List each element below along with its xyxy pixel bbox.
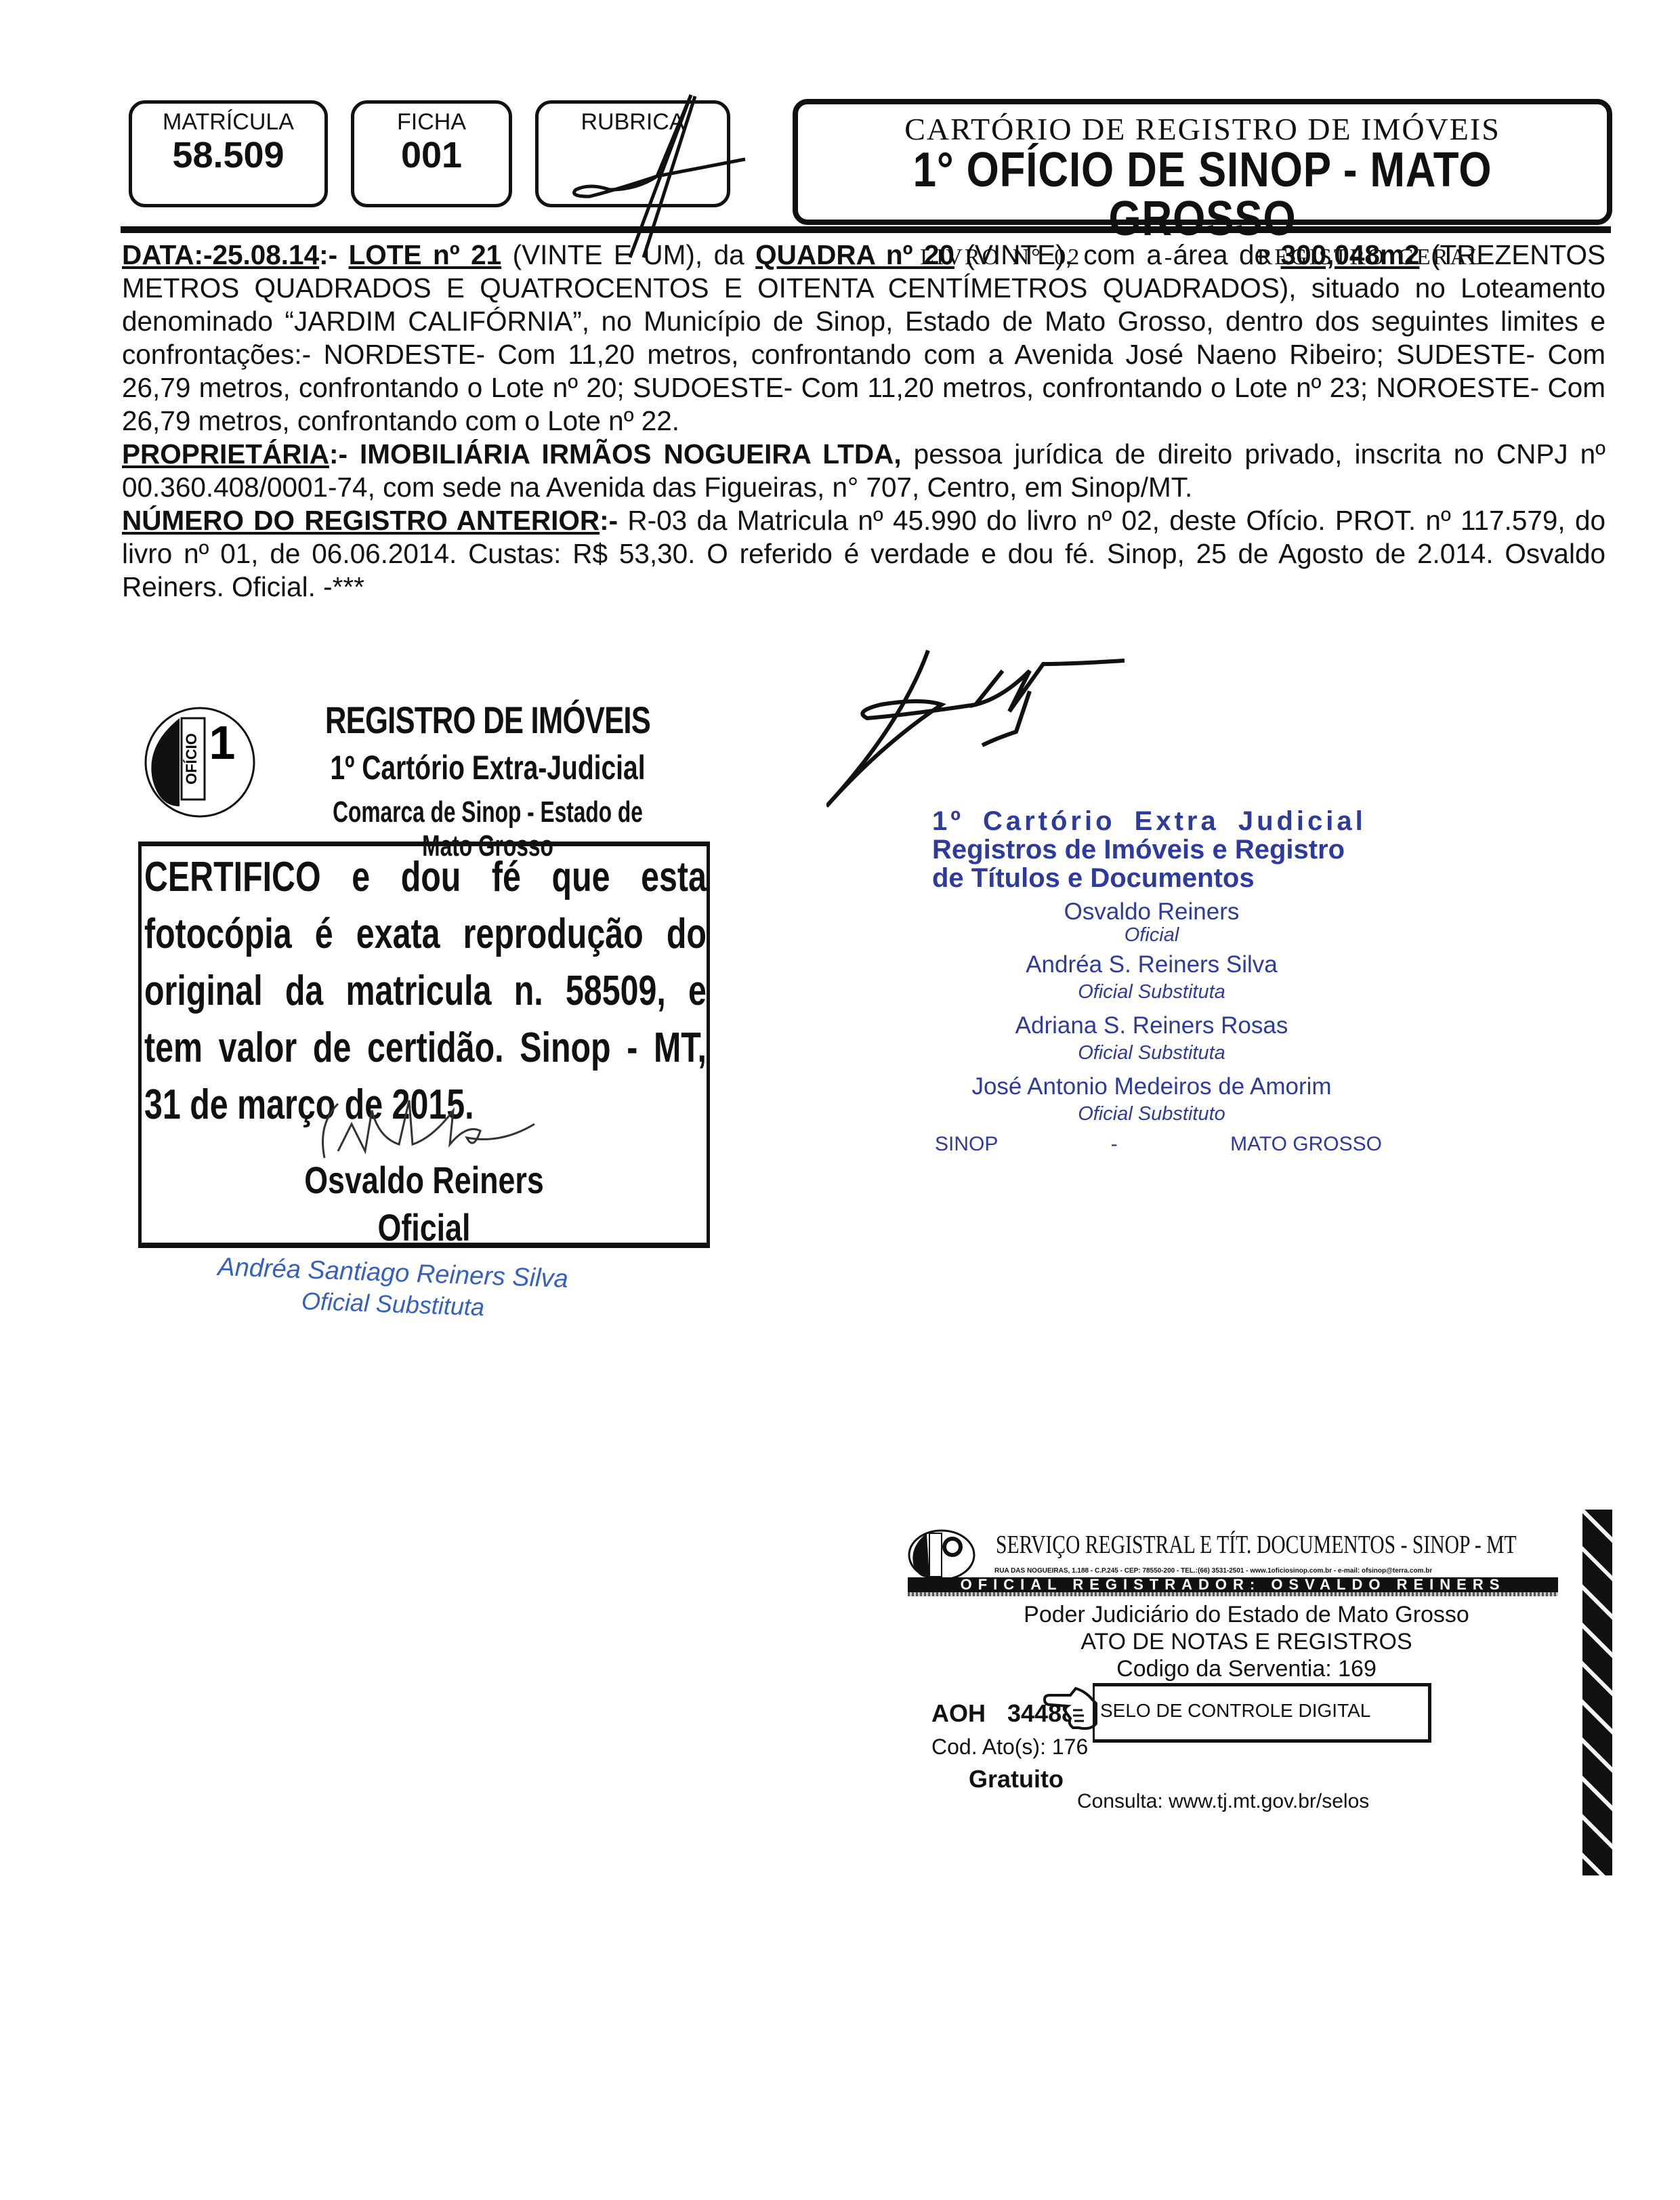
stamp-heading: REGISTRO DE IMÓVEIS: [318, 698, 656, 742]
area-value: 300,048m2: [1281, 239, 1420, 270]
owner-paragraph: PROPRIETÁRIA:- IMOBILIÁRIA IRMÃOS NOGUEI…: [122, 438, 1605, 504]
seal-act-code: Cod. Ato(s): 176: [931, 1735, 1088, 1760]
officer-role: Oficial Substituto: [881, 1103, 1423, 1125]
officer-role: Oficial Substituta: [881, 981, 1423, 1003]
security-strip: [1582, 1510, 1612, 1875]
pointing-hand-icon: [1043, 1686, 1097, 1733]
seal-banner: OFICIAL REGISTRADOR: OSVALDO REINERS: [908, 1577, 1558, 1592]
ficha-box: FICHA 001: [351, 100, 512, 207]
seal-line-court: Poder Judiciário do Estado de Mato Gross…: [908, 1602, 1585, 1628]
blue-stamp-location: SINOP - MATO GROSSO: [935, 1133, 1382, 1156]
header-divider: [121, 226, 1611, 233]
owner-label: PROPRIETÁRIA: [122, 438, 329, 470]
stamp-subheading: 1º Cartório Extra-Judicial: [318, 748, 656, 787]
blue-stamp-title: 1º Cartório Extra Judicial: [932, 806, 1372, 837]
date-label: DATA:-25.08.14: [122, 239, 319, 270]
officer-name: Osvaldo Reiners: [881, 898, 1423, 926]
seal-logo-icon: [908, 1528, 975, 1582]
certification-text: CERTIFICO e dou fé que esta fotocópia é …: [144, 849, 707, 1134]
matricula-box: MATRÍCULA 58.509: [129, 100, 328, 207]
registry-title-line1: CARTÓRIO DE REGISTRO DE IMÓVEIS: [798, 111, 1607, 147]
matricula-label: MATRÍCULA: [132, 109, 324, 136]
officer-role: Oficial Substituta: [881, 1042, 1423, 1064]
seal-line-act: ATO DE NOTAS E REGISTROS: [908, 1629, 1585, 1655]
certification-box: CERTIFICO e dou fé que esta fotocópia é …: [138, 842, 710, 1248]
previous-registry-label: NÚMERO DO REGISTRO ANTERIOR: [122, 505, 600, 536]
seal-fee-status: Gratuito: [969, 1765, 1064, 1793]
ficha-number: 001: [354, 134, 509, 176]
officer-name: José Antonio Medeiros de Amorim: [881, 1073, 1423, 1100]
seal-header: SERVIÇO REGISTRAL E TÍT. DOCUMENTOS - SI…: [996, 1530, 1517, 1560]
rubrica-signature-icon: [535, 88, 806, 264]
blue-stamp-subtitle1: Registros de Imóveis e Registro: [932, 835, 1406, 865]
lote-label: LOTE nº 21: [349, 239, 502, 270]
location-city: SINOP: [935, 1133, 998, 1156]
seal-line-code: Codigo da Serventia: 169: [908, 1656, 1585, 1682]
registration-body: DATA:-25.08.14:- LOTE nº 21 (VINTE E UM)…: [122, 238, 1605, 604]
blue-stamp-subtitle2: de Títulos e Documentos: [932, 863, 1406, 894]
seal-address: RUA DAS NOGUEIRAS, 1.188 - C.P.245 - CEP…: [994, 1567, 1432, 1575]
location-dash: -: [1111, 1133, 1118, 1156]
seal-banner-hatch: [908, 1592, 1558, 1596]
certifier-role: Oficial: [198, 1205, 650, 1249]
seal-consulta-url: Consulta: www.tj.mt.gov.br/selos: [1077, 1790, 1369, 1813]
digital-seal-box: SELO DE CONTROLE DIGITAL: [1093, 1683, 1431, 1743]
matricula-number: 58.509: [132, 134, 324, 176]
location-state: MATO GROSSO: [1230, 1133, 1382, 1156]
officer-name: Adriana S. Reiners Rosas: [881, 1012, 1423, 1039]
ficha-label: FICHA: [354, 109, 509, 136]
quadra-label: QUADRA nº 20: [755, 239, 954, 270]
certifier-name: Osvaldo Reiners: [198, 1158, 650, 1202]
officer-role: Oficial: [881, 924, 1423, 947]
previous-registry-paragraph: NÚMERO DO REGISTRO ANTERIOR:- R-03 da Ma…: [122, 504, 1605, 604]
svg-text:OFÍCIO: OFÍCIO: [183, 733, 200, 785]
officer-name: Andréa S. Reiners Silva: [881, 951, 1423, 978]
property-description: DATA:-25.08.14:- LOTE nº 21 (VINTE E UM)…: [122, 238, 1605, 438]
official-signature-icon: [826, 644, 1206, 813]
svg-text:1: 1: [209, 716, 236, 769]
oficio-logo-icon: OFÍCIO 1: [142, 705, 257, 820]
registry-title-box: CARTÓRIO DE REGISTRO DE IMÓVEIS 1° OFÍCI…: [793, 99, 1612, 225]
owner-name: IMOBILIÁRIA IRMÃOS NOGUEIRA LTDA,: [360, 438, 902, 470]
